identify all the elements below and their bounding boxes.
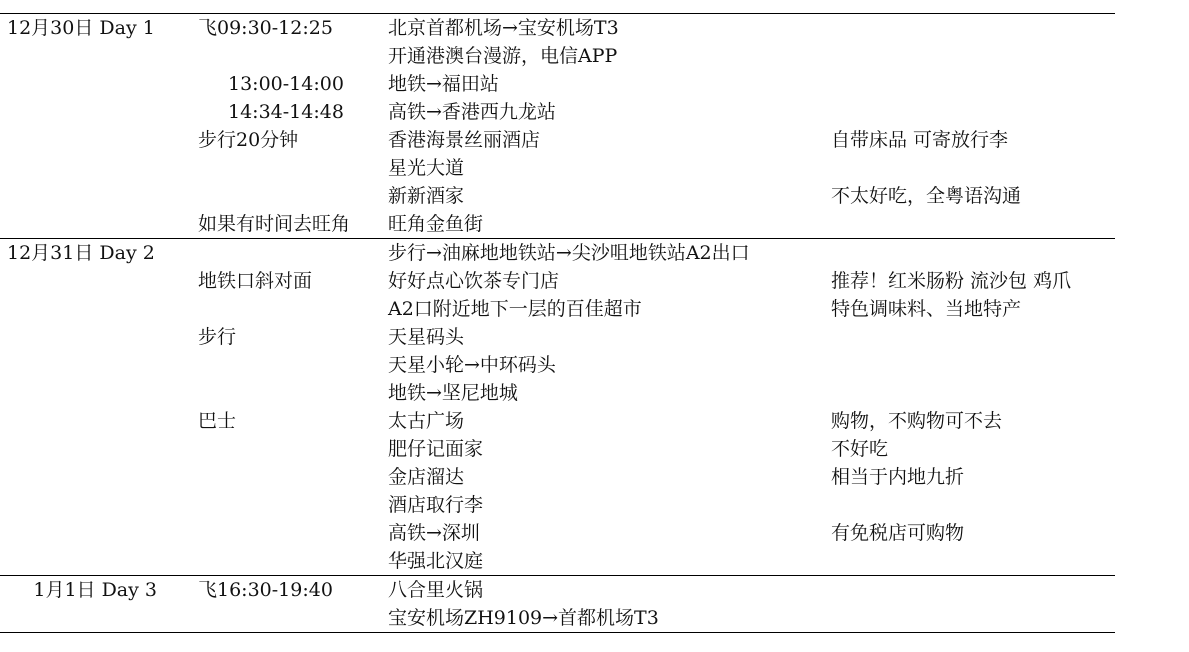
note-cell: 自带床品 可寄放行李: [831, 126, 1121, 154]
place-cell: 金店溜达: [388, 463, 818, 491]
table-row: 高铁→深圳 有免税店可购物: [0, 519, 1115, 547]
time-cell: 如果有时间去旺角: [198, 210, 384, 238]
day-section-2: 12月31日 Day 2 步行→油麻地地铁站→尖沙咀地铁站A2出口 地铁口斜对面…: [0, 238, 1115, 575]
table-row: 宝安机场ZH9109→首都机场T3: [0, 604, 1115, 632]
day-label: 12月30日 Day 1: [7, 14, 157, 42]
note-cell: 有免税店可购物: [831, 519, 1121, 547]
table-row: 酒店取行李: [0, 491, 1115, 519]
place-cell: 星光大道: [388, 154, 818, 182]
place-cell: 地铁→坚尼地城: [388, 379, 818, 407]
time-cell: 飞09:30-12:25: [198, 14, 384, 42]
table-row: 12月30日 Day 1 飞09:30-12:25 北京首都机场→宝安机场T3: [0, 14, 1115, 42]
table-row: 12月31日 Day 2 步行→油麻地地铁站→尖沙咀地铁站A2出口: [0, 239, 1115, 267]
table-row: 新新酒家 不太好吃，全粤语沟通: [0, 182, 1115, 210]
time-cell: 步行20分钟: [198, 126, 384, 154]
place-cell: 高铁→香港西九龙站: [388, 98, 818, 126]
place-cell: 华强北汉庭: [388, 547, 818, 575]
place-cell: 新新酒家: [388, 182, 818, 210]
place-cell: 旺角金鱼街: [388, 210, 818, 238]
table-row: 巴士 太古广场 购物，不购物可不去: [0, 407, 1115, 435]
place-cell: 天星码头: [388, 323, 818, 351]
table-row: 肥仔记面家 不好吃: [0, 435, 1115, 463]
note-cell: 相当于内地九折: [831, 463, 1121, 491]
table-row: 1月1日 Day 3 飞16:30-19:40 八合里火锅: [0, 576, 1115, 604]
time-cell: 13:00-14:00: [228, 70, 414, 98]
table-row: 步行 天星码头: [0, 323, 1115, 351]
table-row: 天星小轮→中环码头: [0, 351, 1115, 379]
place-cell: 天星小轮→中环码头: [388, 351, 818, 379]
time-cell: 飞16:30-19:40: [198, 576, 384, 604]
table-row: 步行20分钟 香港海景丝丽酒店 自带床品 可寄放行李: [0, 126, 1115, 154]
time-cell: 步行: [198, 323, 384, 351]
place-cell: 宝安机场ZH9109→首都机场T3: [388, 604, 818, 632]
itinerary-table: 12月30日 Day 1 飞09:30-12:25 北京首都机场→宝安机场T3 …: [0, 13, 1115, 633]
place-cell: A2口附近地下一层的百佳超市: [388, 295, 818, 323]
table-row: 14:34-14:48 高铁→香港西九龙站: [0, 98, 1115, 126]
table-row: 如果有时间去旺角 旺角金鱼街: [0, 210, 1115, 238]
table-row: 开通港澳台漫游，电信APP: [0, 42, 1115, 70]
place-cell: 太古广场: [388, 407, 818, 435]
place-cell: 肥仔记面家: [388, 435, 818, 463]
table-row: 金店溜达 相当于内地九折: [0, 463, 1115, 491]
day-label: 12月31日 Day 2: [7, 239, 157, 267]
time-cell: 巴士: [198, 407, 384, 435]
place-cell: 北京首都机场→宝安机场T3: [388, 14, 818, 42]
place-cell: 八合里火锅: [388, 576, 818, 604]
note-cell: 特色调味料、当地特产: [831, 295, 1121, 323]
time-cell: 地铁口斜对面: [198, 267, 384, 295]
table-row: 华强北汉庭: [0, 547, 1115, 575]
place-cell: 香港海景丝丽酒店: [388, 126, 818, 154]
place-cell: 好好点心饮茶专门店: [388, 267, 818, 295]
place-cell: 开通港澳台漫游，电信APP: [388, 42, 818, 70]
place-cell: 步行→油麻地地铁站→尖沙咀地铁站A2出口: [388, 239, 818, 267]
place-cell: 酒店取行李: [388, 491, 818, 519]
note-cell: 购物，不购物可不去: [831, 407, 1121, 435]
place-cell: 地铁→福田站: [388, 70, 818, 98]
table-row: 星光大道: [0, 154, 1115, 182]
note-cell: 推荐！红米肠粉 流沙包 鸡爪: [831, 267, 1121, 295]
note-cell: 不太好吃，全粤语沟通: [831, 182, 1121, 210]
day-section-1: 12月30日 Day 1 飞09:30-12:25 北京首都机场→宝安机场T3 …: [0, 13, 1115, 238]
table-row: A2口附近地下一层的百佳超市 特色调味料、当地特产: [0, 295, 1115, 323]
note-cell: 不好吃: [831, 435, 1121, 463]
day-label: 1月1日 Day 3: [0, 576, 157, 604]
table-row: 地铁→坚尼地城: [0, 379, 1115, 407]
table-row: 13:00-14:00 地铁→福田站: [0, 70, 1115, 98]
day-section-3: 1月1日 Day 3 飞16:30-19:40 八合里火锅 宝安机场ZH9109…: [0, 575, 1115, 633]
place-cell: 高铁→深圳: [388, 519, 818, 547]
time-cell: 14:34-14:48: [228, 98, 414, 126]
table-row: 地铁口斜对面 好好点心饮茶专门店 推荐！红米肠粉 流沙包 鸡爪: [0, 267, 1115, 295]
